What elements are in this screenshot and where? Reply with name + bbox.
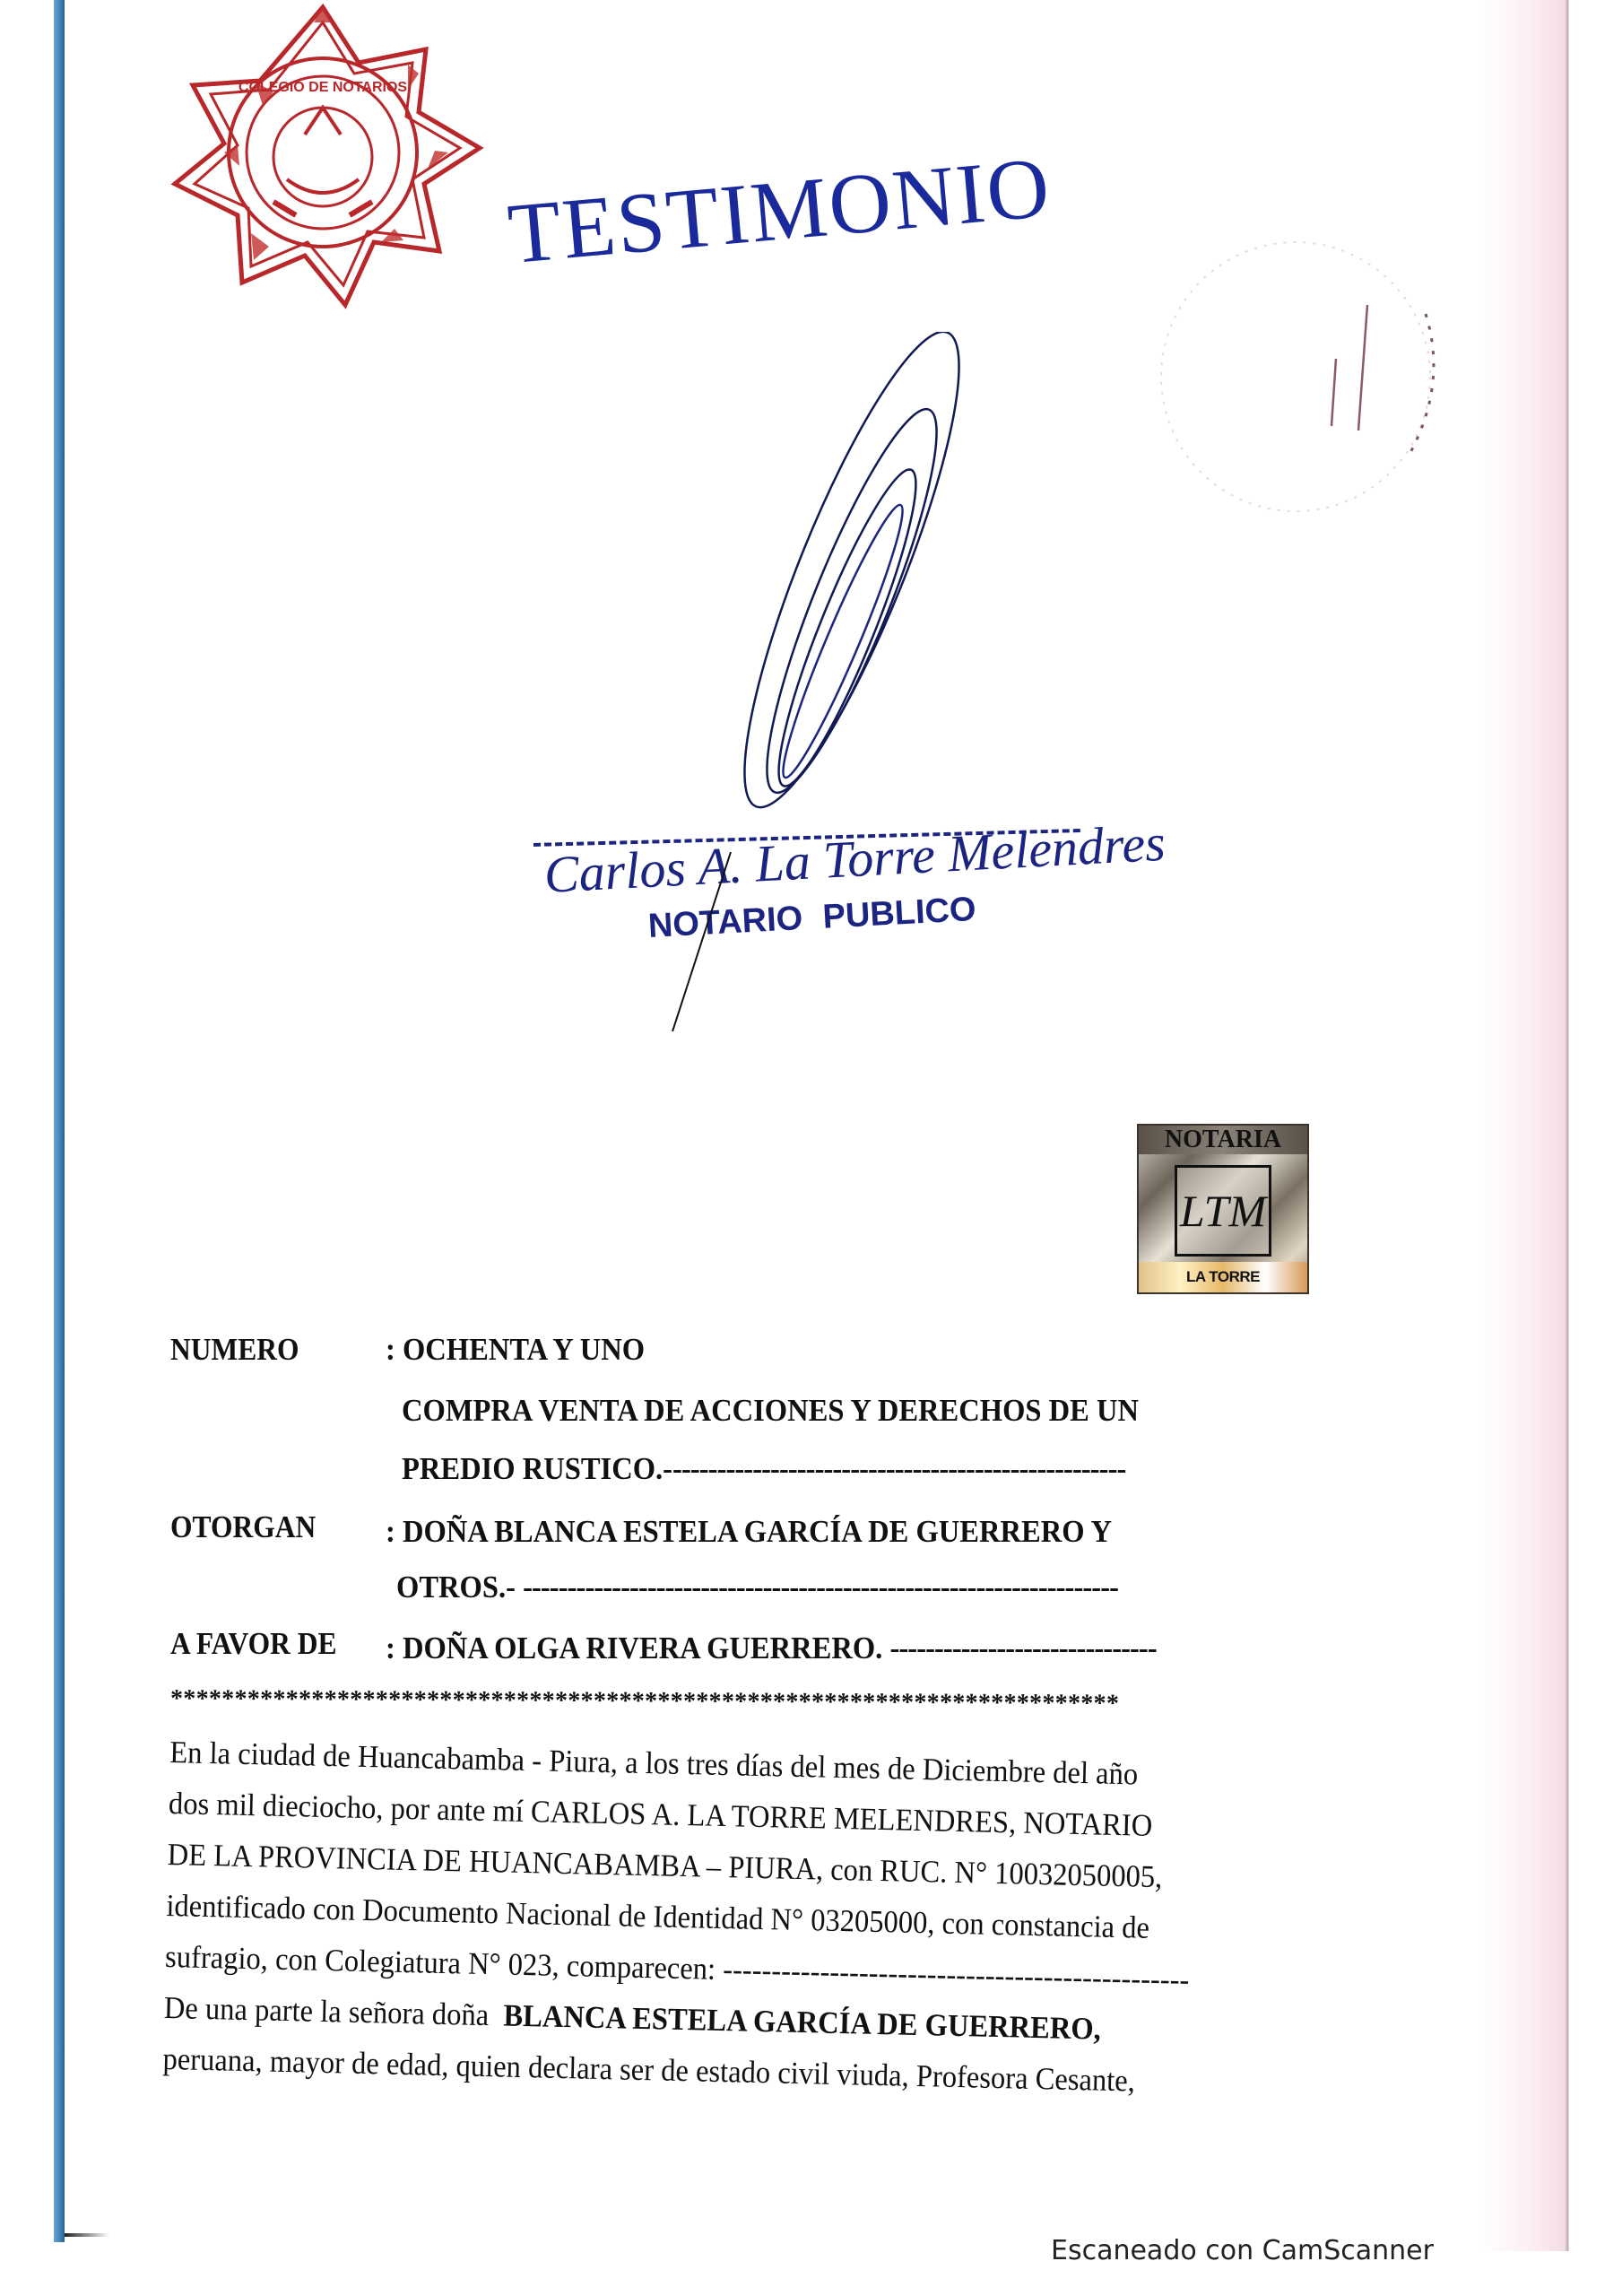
favor-text: : DOÑA OLGA RIVERA GUERRERO. (386, 1631, 889, 1665)
body-line-text: De una parte la señora doña (163, 1990, 489, 2032)
otorgan-text: OTROS.- (396, 1570, 523, 1605)
party-name: BLANCA ESTELA GARCÍA DE GUERRERO, (503, 1998, 1101, 2047)
field-value-subject-2: PREDIO RUSTICO.-------------------------… (402, 1451, 1125, 1487)
notary-hologram-sticker: NOTARIA LTM LA TORRE MELENDRES (1137, 1124, 1309, 1294)
hologram-monogram: LTM (1175, 1165, 1271, 1257)
field-value-subject-1: COMPRA VENTA DE ACCIONES Y DERECHOS DE U… (402, 1393, 1139, 1429)
scanner-watermark: Escaneado con CamScanner (1051, 2235, 1434, 2266)
scan-right-edge (1479, 0, 1569, 2251)
field-value-otorgan-2: OTROS.- --------------------------------… (396, 1570, 1118, 1605)
faint-stamp-icon (1139, 233, 1462, 520)
notary-name: Carlos A. La Torre Melendres (542, 813, 1167, 905)
notary-seal-icon: COLEGIO DE NOTARIOS (139, 0, 507, 327)
dash-filler: ----------------------------------------… (523, 1570, 1118, 1605)
field-label-otorgan: OTORGAN (170, 1509, 316, 1545)
field-value-a-favor-de: : DOÑA OLGA RIVERA GUERRERO. -----------… (386, 1631, 1157, 1666)
field-label-numero: NUMERO (170, 1332, 299, 1368)
field-value-numero: : OCHENTA Y UNO (386, 1332, 645, 1368)
field-value-otorgan: : DOÑA BLANCA ESTELA GARCÍA DE GUERRERO … (386, 1514, 1112, 1550)
svg-text:COLEGIO DE NOTARIOS: COLEGIO DE NOTARIOS (239, 80, 407, 95)
notary-signature-block: Carlos A. La Torre Melendres NOTARIO PUB… (533, 789, 1107, 1058)
deed-body: En la ciudad de Huancabamba - Piura, a l… (162, 1726, 1363, 2111)
field-label-a-favor-de: A FAVOR DE (170, 1626, 336, 1662)
notary-signature (717, 332, 1103, 834)
dash-filler: ------------------------------ (889, 1631, 1156, 1665)
scan-left-edge (54, 0, 65, 2242)
dash-filler: ----------------------------------------… (672, 1451, 1125, 1486)
scan-left-edge-shadow (65, 2233, 109, 2237)
subject-text: PREDIO RUSTICO.- (402, 1451, 672, 1486)
hologram-title: NOTARIA (1139, 1126, 1307, 1154)
hologram-footer: LA TORRE MELENDRES (1139, 1262, 1307, 1292)
signature-stroke (668, 852, 740, 1031)
